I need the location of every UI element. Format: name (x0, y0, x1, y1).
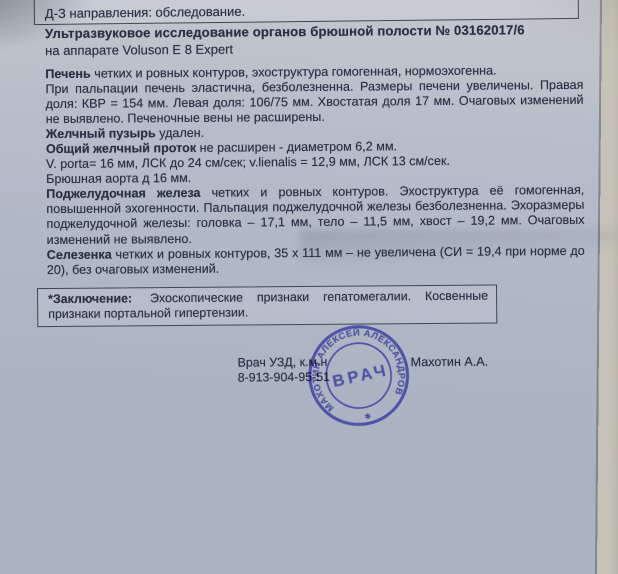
referral-box: Д-З направления: обследование. (34, 0, 579, 25)
spleen-line: Селезенка четких и ровных контуров, 35 х… (47, 243, 585, 277)
spleen-text: четких и ровных контуров, 35 х 111 мм – … (47, 243, 585, 276)
gallbladder-term: Желчный пузырь (46, 126, 156, 141)
document-photo: Д-З направления: обследование. Ультразву… (0, 0, 618, 574)
bile-duct-term: Общий желчный проток (46, 141, 196, 156)
spleen-term: Селезенка (47, 247, 112, 262)
bile-duct-text: не расширен - диаметром 6,2 мм. (196, 140, 397, 156)
referral-text: Д-З направления: обследование. (45, 4, 245, 21)
device-line: на аппарате Voluson E 8 Expert (45, 38, 575, 59)
liver-term: Печень (45, 67, 91, 81)
doctor-stamp-icon: МАХОТИН АЛЕКСЕЙ АЛЕКСАНДРОВИЧ ВРАЧ ✱ (298, 317, 419, 434)
pancreas-line: Поджелудочная железа четких и ровных кон… (46, 183, 584, 247)
pancreas-term: Поджелудочная железа (46, 186, 200, 201)
gallbladder-text: удален. (156, 126, 205, 140)
ultrasound-report: Д-З направления: обследование. Ультразву… (0, 0, 618, 574)
stamp-star-icon: ✱ (364, 411, 373, 421)
doctor-name: Махотин А.А. (411, 355, 489, 370)
report-title-block: Ультразвуковое исследование органов брюш… (45, 22, 575, 59)
report-body: Печень четких и ровных контуров, эхостру… (45, 63, 585, 278)
liver-palpation-line: При пальпации печень эластична, безболез… (45, 78, 583, 127)
conclusion-label: *Заключение: (48, 291, 132, 306)
stamp-center-text: ВРАЧ (331, 361, 391, 391)
conclusion-box: *Заключение:Эхоскопические признаки гепа… (37, 285, 497, 328)
